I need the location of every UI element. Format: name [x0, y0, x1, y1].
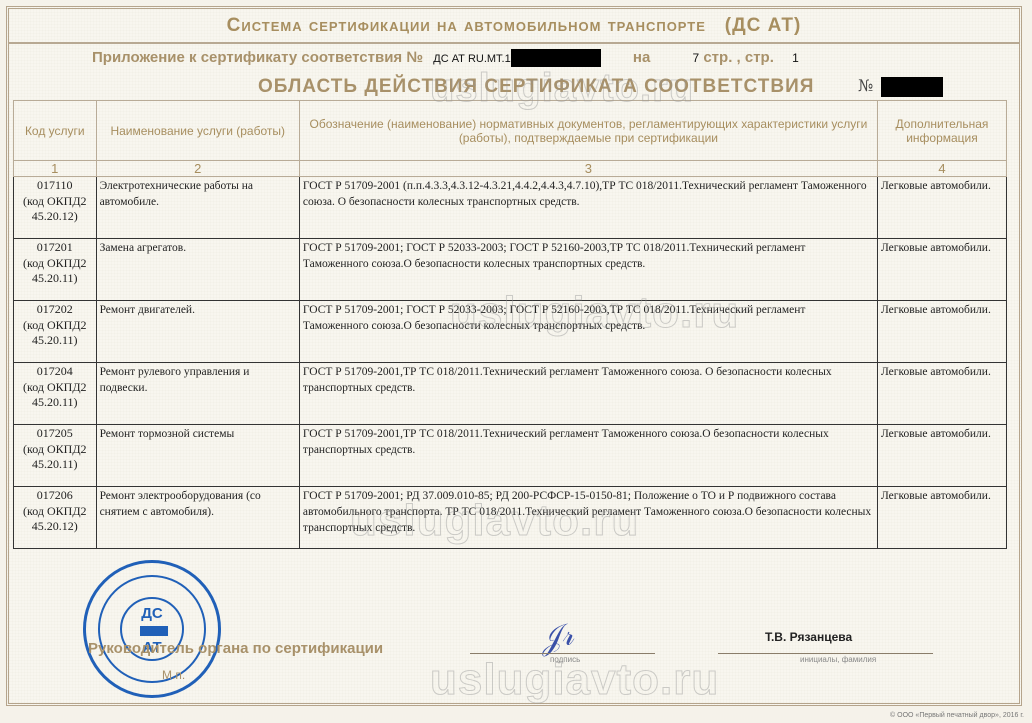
- service-code: 017110: [17, 178, 93, 194]
- column-number: 2: [96, 161, 299, 177]
- service-name: Ремонт двигателей.: [96, 301, 299, 363]
- name-caption: инициалы, фамилия: [800, 655, 876, 664]
- service-code: 017205: [17, 426, 93, 442]
- signer-name: Т.В. Рязанцева: [765, 630, 852, 644]
- normative-documents: ГОСТ Р 51709-2001,ТР ТС 018/2011.Техниче…: [299, 425, 877, 487]
- redacted-number: [881, 77, 943, 97]
- current-page: 1: [792, 51, 799, 65]
- column-number: 1: [14, 161, 97, 177]
- service-code-cell: 017201(код ОКПД2 45.20.11): [14, 239, 97, 301]
- service-code: 017206: [17, 488, 93, 504]
- okpd-code: (код ОКПД2 45.20.12): [17, 194, 93, 225]
- table-row: 017206(код ОКПД2 45.20.12) Ремонт электр…: [14, 487, 1007, 549]
- appendix-label: Приложение к сертификату соответствия №: [92, 49, 423, 66]
- number-sign: №: [858, 76, 873, 95]
- handwritten-signature: 𝒥𝓇: [537, 617, 577, 658]
- banner-title: Система сертификации на автомобильном тр…: [227, 15, 706, 36]
- additional-info: Легковые автомобили.: [877, 363, 1006, 425]
- service-code: 017201: [17, 240, 93, 256]
- seal-place-label: М.п.: [162, 668, 185, 682]
- additional-info: Легковые автомобили.: [877, 177, 1006, 239]
- service-code-cell: 017205(код ОКПД2 45.20.11): [14, 425, 97, 487]
- table-row: 017110(код ОКПД2 45.20.12) Электротехнич…: [14, 177, 1007, 239]
- service-code: 017204: [17, 364, 93, 380]
- certificate-number: ДС АТ RU.МТ.1: [433, 53, 510, 65]
- additional-info: Легковые автомобили.: [877, 425, 1006, 487]
- normative-documents: ГОСТ Р 51709-2001,ТР ТС 018/2011.Техниче…: [299, 363, 877, 425]
- additional-info: Легковые автомобили.: [877, 487, 1006, 549]
- scope-title: ОБЛАСТЬ ДЕЙСТВИЯ СЕРТИФИКАТА СООТВЕТСТВИ…: [258, 76, 814, 98]
- appendix-line: Приложение к сертификату соответствия № …: [92, 49, 799, 67]
- service-code-cell: 017206(код ОКПД2 45.20.12): [14, 487, 97, 549]
- okpd-code: (код ОКПД2 45.20.11): [17, 318, 93, 349]
- normative-documents: ГОСТ Р 51709-2001; ГОСТ Р 52033-2003; ГО…: [299, 239, 877, 301]
- okpd-code: (код ОКПД2 45.20.11): [17, 380, 93, 411]
- truck-icon: [140, 626, 168, 636]
- table-row: 017205(код ОКПД2 45.20.11) Ремонт тормоз…: [14, 425, 1007, 487]
- okpd-code: (код ОКПД2 45.20.12): [17, 504, 93, 535]
- signature-line: [470, 653, 655, 654]
- service-code-cell: 017202(код ОКПД2 45.20.11): [14, 301, 97, 363]
- certification-system-banner: Система сертификации на автомобильном тр…: [9, 9, 1019, 44]
- signature-caption: подпись: [550, 655, 580, 664]
- service-code-cell: 017204(код ОКПД2 45.20.11): [14, 363, 97, 425]
- banner-abbr: (ДС АТ): [725, 15, 802, 36]
- service-code-cell: 017110(код ОКПД2 45.20.12): [14, 177, 97, 239]
- okpd-code: (код ОКПД2 45.20.11): [17, 442, 93, 473]
- additional-info: Легковые автомобили.: [877, 239, 1006, 301]
- service-name: Электротехнические работы на автомобиле.: [96, 177, 299, 239]
- okpd-code: (код ОКПД2 45.20.11): [17, 256, 93, 287]
- scope-table: Код услуги Наименование услуги (работы) …: [13, 100, 1007, 549]
- service-name: Ремонт электрооборудования (со снятием с…: [96, 487, 299, 549]
- column-number: 3: [299, 161, 877, 177]
- normative-documents: ГОСТ Р 51709-2001; ГОСТ Р 52033-2003; ГО…: [299, 301, 877, 363]
- column-header-code: Код услуги: [14, 101, 97, 161]
- table-row: 017204(код ОКПД2 45.20.11) Ремонт рулево…: [14, 363, 1007, 425]
- certificate-number-field: №: [858, 76, 943, 97]
- on-label: на: [633, 49, 650, 66]
- seal-top-text: ДС: [86, 605, 218, 622]
- normative-documents: ГОСТ Р 51709-2001; РД 37.009.010-85; РД …: [299, 487, 877, 549]
- copyright-notice: © ООО «Первый печатный двор», 2016 г.: [890, 712, 1024, 719]
- service-code: 017202: [17, 302, 93, 318]
- normative-documents: ГОСТ Р 51709-2001 (п.п.4.3.3,4.3.12-4.3.…: [299, 177, 877, 239]
- column-number: 4: [877, 161, 1006, 177]
- column-header-info: Дополнительная информация: [877, 101, 1006, 161]
- total-pages: 7: [692, 51, 699, 65]
- column-header-service: Наименование услуги (работы): [96, 101, 299, 161]
- table-row: 017202(код ОКПД2 45.20.11) Ремонт двигат…: [14, 301, 1007, 363]
- column-header-documents: Обозначение (наименование) нормативных д…: [299, 101, 877, 161]
- pages-label: стр. , стр.: [703, 49, 774, 66]
- service-name: Замена агрегатов.: [96, 239, 299, 301]
- head-of-certification-body-label: Руководитель органа по сертификации: [88, 640, 383, 657]
- name-line: [718, 653, 933, 654]
- service-name: Ремонт рулевого управления и подвески.: [96, 363, 299, 425]
- organization-seal: ДС АТ: [83, 560, 221, 698]
- service-name: Ремонт тормозной системы: [96, 425, 299, 487]
- table-row: 017201(код ОКПД2 45.20.11) Замена агрега…: [14, 239, 1007, 301]
- additional-info: Легковые автомобили.: [877, 301, 1006, 363]
- redacted-block: [511, 49, 601, 67]
